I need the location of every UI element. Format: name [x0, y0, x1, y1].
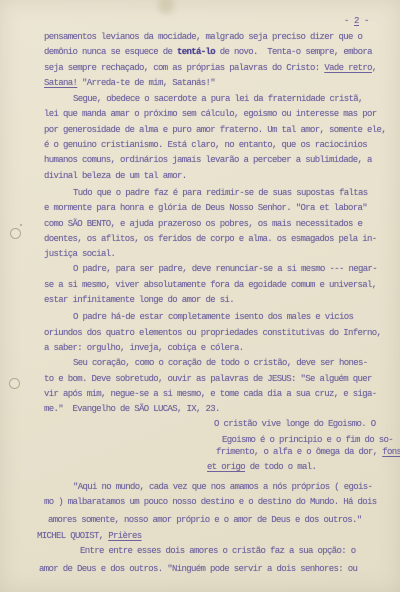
text-line: humanos comuns, ordinários jamais levarã…	[44, 153, 396, 168]
text-line: "Aqui no mundo, cada vez que nos amamos …	[73, 480, 396, 495]
text-line: amores somente, nosso amor próprio e o a…	[48, 513, 396, 528]
text-line: et origo de todo o mal.	[207, 460, 396, 475]
typed-text: pensamentos levianos da mocidade, malgra…	[44, 30, 396, 577]
text-line: como SÃO BENTO, e ajuda prazeroso os pob…	[44, 217, 396, 232]
text-line: to e bom. Deve sobretudo, ouvir as palav…	[44, 372, 396, 387]
text-segment: e mormente para honra e glória de Deus N…	[44, 203, 367, 213]
text-segment: MICHEL QUOIST,	[37, 531, 108, 541]
text-segment: O padre, para ser padre, deve renunciar-…	[73, 264, 377, 274]
text-line: O padre, para ser padre, deve renunciar-…	[73, 262, 396, 277]
text-line: Satana! "Arreda-te de mim, Satanás!"	[44, 76, 396, 91]
page-number: - 2 -	[344, 16, 369, 26]
text-segment: Prières	[108, 531, 141, 541]
text-segment: me." Evangelho de SÃO LUCAS, IX, 23.	[44, 404, 220, 414]
text-segment: divinal beleza de um tal amor.	[44, 171, 187, 181]
text-segment: como SÃO BENTO, e ajuda prazeroso os pob…	[44, 219, 362, 229]
text-line: seja sempre rechaçado, com as próprias p…	[44, 61, 396, 76]
text-line: Segue, obedece o sacerdote a pura lei da…	[73, 92, 396, 107]
text-line: Tudo que o padre faz é para redimir-se d…	[73, 186, 396, 201]
text-segment: de novo. Tenta-o sempre, embora	[215, 47, 372, 57]
text-segment: amores somente, nosso amor próprio e o a…	[48, 515, 362, 525]
text-segment: humanos comuns, ordinários jamais levarã…	[44, 155, 372, 165]
text-segment: mo ) malbaratamos um pouco nosso destino…	[44, 497, 377, 507]
text-line: lei que manda amar o próximo sem cálculo…	[44, 107, 396, 122]
text-segment: oriundos dos quatro elementos ou proprie…	[44, 328, 381, 338]
text-segment: "Aqui no mundo, cada vez que nos amamos …	[73, 482, 372, 492]
text-segment: demônio nunca se esquece de	[44, 47, 177, 57]
text-segment: amor de Deus e dos outros. "Ninguém pode…	[39, 564, 357, 574]
text-line: divinal beleza de um tal amor.	[44, 169, 396, 184]
text-line: Entre entre esses dois amores o cristão …	[80, 544, 396, 559]
text-line: demônio nunca se esquece de tentá-lo de …	[44, 45, 396, 60]
text-line: oriundos dos quatro elementos ou proprie…	[44, 326, 396, 341]
text-segment: Vade retro	[324, 63, 372, 73]
text-segment: to e bom. Deve sobretudo, ouvir as palav…	[44, 374, 372, 384]
text-segment: O padre há-de estar completamente isento…	[73, 312, 353, 322]
text-line: pensamentos levianos da mocidade, malgra…	[44, 30, 396, 45]
text-segment: se a si mesmo, viver absolutamente fora …	[44, 280, 377, 290]
text-line: Seu coração, como o coração de todo o cr…	[73, 356, 396, 371]
text-segment: a saber: orgulho, inveja, cobiça e cóler…	[44, 343, 244, 353]
text-line: me." Evangelho de SÃO LUCAS, IX, 23.	[44, 402, 396, 417]
text-segment: -	[344, 16, 354, 26]
text-segment: -	[359, 16, 369, 26]
text-segment: Satana!	[44, 78, 77, 88]
text-line: e mormente para honra e glória de Deus N…	[44, 201, 396, 216]
text-line: frimento, o alfa e o ômega da dor, fons	[216, 445, 396, 460]
text-segment: "Arreda-te de mim, Satanás!"	[77, 78, 215, 88]
scanned-typewritten-page: - 2 - pensamentos levianos da mocidade, …	[0, 0, 400, 592]
text-segment: por generosidade de alma e puro amor fra…	[44, 125, 386, 135]
punch-hole-top	[10, 228, 21, 239]
text-line: justiça social.	[44, 247, 396, 262]
text-segment: doentes, os aflitos, os feridos de corpo…	[44, 234, 377, 244]
text-line: O cristão vive longe do Egoismo. O	[214, 417, 396, 432]
text-segment: fons	[382, 447, 400, 457]
text-segment: frimento, o alfa e o ômega da dor,	[216, 447, 382, 457]
text-segment: O cristão vive longe do Egoismo. O	[214, 419, 376, 429]
text-segment: Segue, obedece o sacerdote a pura lei da…	[73, 94, 363, 104]
text-line: vir após mim, negue-se a si mesmo, e tom…	[44, 387, 396, 402]
text-segment: estar infinitamente longe do amor de si.	[44, 295, 234, 305]
text-segment: pensamentos levianos da mocidade, malgra…	[44, 32, 362, 42]
text-segment: é o genuino cristianismo. Está claro, no…	[44, 140, 367, 150]
text-segment: vir após mim, negue-se a si mesmo, e tom…	[44, 389, 377, 399]
punch-hole-dot	[20, 224, 22, 226]
text-line: a saber: orgulho, inveja, cobiça e cóler…	[44, 341, 396, 356]
text-segment: seja sempre rechaçado, com as próprias p…	[44, 63, 324, 73]
text-segment: Tudo que o padre faz é para redimir-se d…	[73, 188, 368, 198]
text-line: O padre há-de estar completamente isento…	[73, 310, 396, 325]
text-line: mo ) malbaratamos um pouco nosso destino…	[44, 495, 396, 510]
text-segment: ,	[372, 63, 377, 73]
text-line: estar infinitamente longe do amor de si.	[44, 293, 396, 308]
text-segment: Egoismo é o principio e o fim do so-	[222, 435, 393, 445]
text-line: amor de Deus e dos outros. "Ninguém pode…	[39, 562, 396, 577]
text-segment: et origo	[207, 462, 245, 472]
text-segment: tentá-lo	[177, 47, 215, 57]
text-segment: justiça social.	[44, 249, 115, 259]
text-segment: lei que manda amar o próximo sem cálculo…	[44, 109, 377, 119]
punch-hole-bottom	[9, 378, 20, 389]
text-line: MICHEL QUOIST, Prières	[37, 529, 396, 544]
text-segment: Entre entre esses dois amores o cristão …	[80, 546, 356, 556]
paper-smudge-mark	[158, 0, 174, 14]
text-line: é o genuino cristianismo. Está claro, no…	[44, 138, 396, 153]
text-line: se a si mesmo, viver absolutamente fora …	[44, 278, 396, 293]
text-segment: de todo o mal.	[245, 462, 316, 472]
text-line: doentes, os aflitos, os feridos de corpo…	[44, 232, 396, 247]
text-segment: Seu coração, como o coração de todo o cr…	[73, 358, 368, 368]
text-line: por generosidade de alma e puro amor fra…	[44, 123, 396, 138]
